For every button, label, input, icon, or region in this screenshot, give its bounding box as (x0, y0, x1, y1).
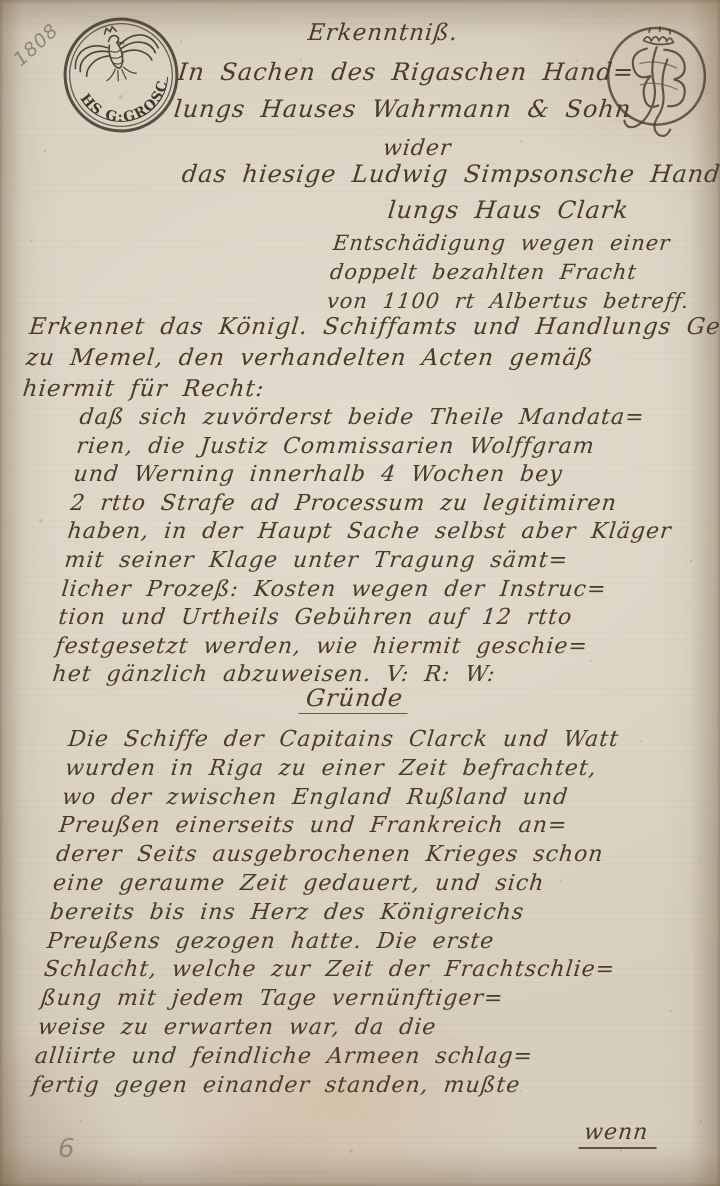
versus-word: wider (382, 136, 453, 161)
text-line: Die Schiffe der Capitains Clarck und Wat… (67, 726, 641, 755)
text-line: alliirte und feindliche Armeen schlag= (33, 1043, 607, 1072)
text-line: Preußen einerseits und Frankreich an= (58, 812, 632, 841)
text-line: haben, in der Haupt Sache selbst aber Kl… (66, 518, 673, 547)
case-subject: Entschädigung wegen einerdoppelt bezahlt… (325, 229, 697, 316)
text-line: 2 rtto Strafe ad Processum zu legitimire… (69, 490, 676, 519)
document-title: Erkenntniß. (307, 20, 460, 46)
text-line: daß sich zuvörderst beide Theile Mandata… (78, 404, 685, 433)
defendant-line-1: das hiesige Ludwig Simpsonsche Hand= (181, 160, 720, 188)
text-line: hiermit für Recht: (21, 374, 720, 405)
text-line: Erkennet das Königl. Schiffamts und Hand… (28, 312, 720, 343)
text-line: festgesetzt werden, wie hiermit geschie= (54, 633, 661, 662)
text-line: derer Seits ausgebrochenen Krieges schon (55, 841, 629, 870)
text-line: fertig gegen einander standen, mußte (30, 1072, 604, 1101)
court-formula: Erkennet das Königl. Schiffamts und Hand… (21, 312, 720, 405)
catchword: wenn (578, 1120, 659, 1149)
stamp-ring-text: SECHS G:GROSCHEN (47, 1, 179, 140)
text-line: bereits bis ins Herz des Königreichs (48, 899, 622, 928)
party-line-2: lungs Hauses Wahrmann & Sohn (172, 91, 633, 128)
defendant-line-2: lungs Haus Clark (387, 196, 631, 224)
text-line: wo der zwischen England Rußland und (61, 784, 635, 813)
text-line: licher Prozeß: Kosten wegen der Instruc= (60, 576, 667, 605)
text-line: Schlacht, welche zur Zeit der Frachtschl… (42, 956, 616, 985)
text-line: weise zu erwarten war, da die (36, 1014, 610, 1043)
text-line: Entschädigung wegen einer (332, 229, 697, 258)
text-line: Preußens gezogen hatte. Die erste (45, 928, 619, 957)
text-line: zu Memel, den verhandelten Acten gemäß (24, 343, 720, 374)
text-line: eine geraume Zeit gedauert, und sich (52, 870, 626, 899)
pencil-page-number: 6 (58, 1134, 75, 1164)
text-line: ßung mit jedem Tage vernünftiger= (39, 985, 613, 1014)
grounds-paragraph: Die Schiffe der Capitains Clarck und Wat… (30, 726, 640, 1100)
party-line-1: In Sachen des Rigaschen Hand= (176, 54, 637, 91)
paper-foxing-specks (0, 0, 2, 2)
verdict-paragraph: daß sich zuvörderst beide Theile Mandata… (51, 404, 685, 690)
plaintiff-lines: In Sachen des Rigaschen Hand= lungs Haus… (172, 54, 637, 128)
grounds-heading: Gründe (298, 684, 410, 714)
text-line: und Werning innerhalb 4 Wochen bey (72, 461, 679, 490)
text-line: doppelt bezahlten Fracht (328, 258, 693, 287)
text-line: wurden in Riga zu einer Zeit befrachtet, (64, 755, 638, 784)
text-line: rien, die Justiz Commissarien Wolffgram (75, 433, 682, 462)
manuscript-page: 1808 (0, 0, 720, 1186)
text-line: tion und Urtheils Gebühren auf 12 rtto (57, 604, 664, 633)
text-line: mit seiner Klage unter Tragung sämt= (63, 547, 670, 576)
